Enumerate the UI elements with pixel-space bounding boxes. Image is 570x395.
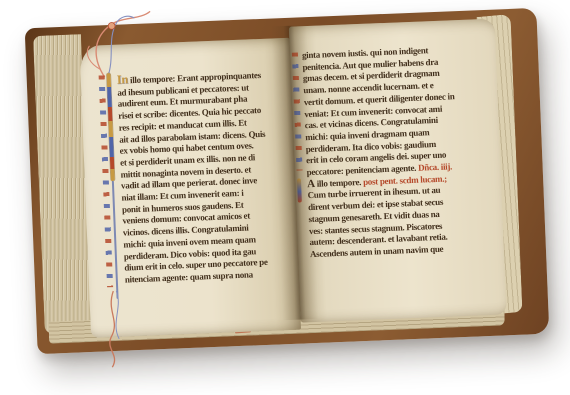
- left-page: In illo tempore: Erant appropinquantesad…: [79, 38, 301, 338]
- pen-flourish-top-icon: [68, 9, 163, 83]
- pen-flourish-bottom-icon: [97, 287, 156, 369]
- initial-ornament: [297, 178, 302, 202]
- line-flourish-marks-right: [292, 52, 303, 170]
- photo-background: In illo tempore: Erant appropinquantesad…: [0, 0, 570, 395]
- left-page-text: In illo tempore: Erant appropinquantesad…: [117, 68, 297, 286]
- script-text: illo tempore.: [315, 177, 364, 189]
- illuminated-initial: In: [117, 72, 129, 86]
- manuscript-book: In illo tempore: Erant appropinquantesad…: [25, 8, 550, 354]
- rubric-text: Dñca. iiij.: [418, 161, 452, 172]
- right-page: ginta novem iustis. qui non indigentpeni…: [289, 19, 507, 323]
- right-page-text: ginta novem iustis. qui non indigentpeni…: [302, 43, 490, 261]
